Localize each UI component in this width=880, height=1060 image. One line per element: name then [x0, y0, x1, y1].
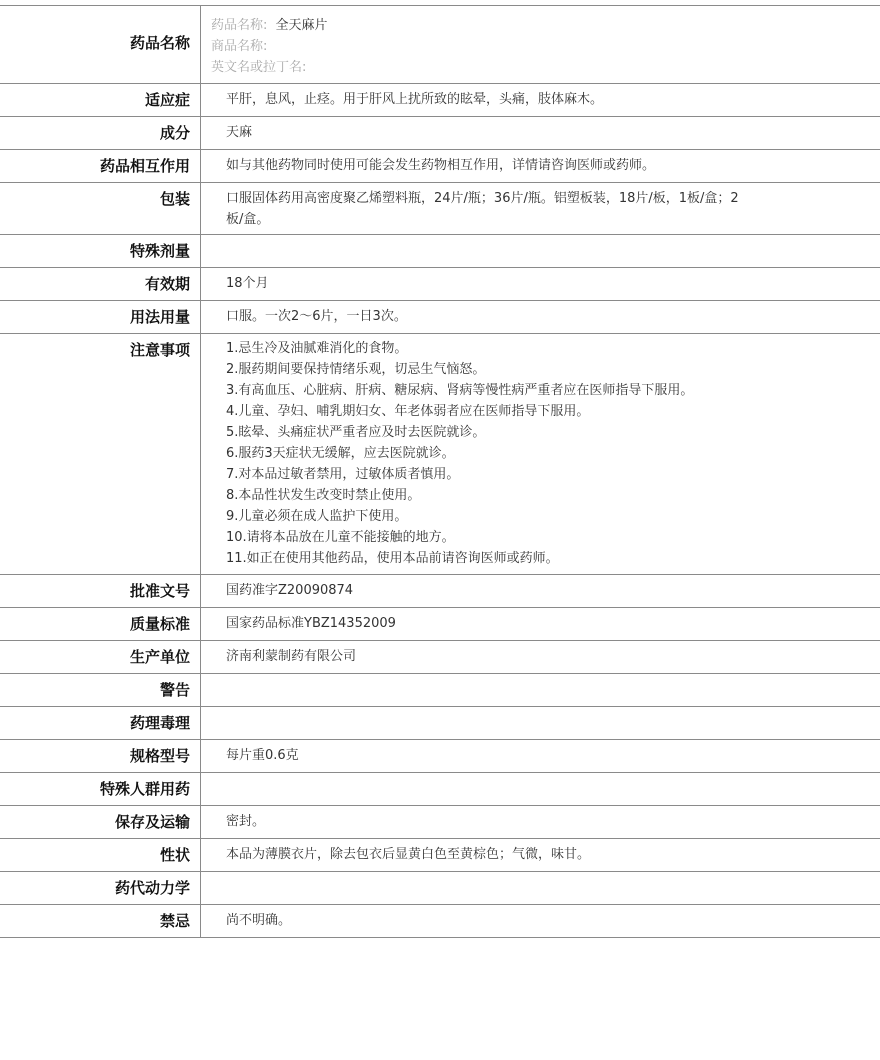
row-specification: 规格型号 每片重0.6克	[0, 740, 880, 773]
row-label: 保存及运输	[0, 806, 201, 839]
english-name-key: 英文名或拉丁名:	[211, 60, 306, 75]
trade-name-key: 商品名称:	[211, 39, 267, 54]
precaution-item: 3.有高血压、心脏病、肝病、糖尿病、肾病等慢性病严重者应在医师指导下服用。	[226, 380, 880, 401]
row-label: 生产单位	[0, 641, 201, 674]
row-label: 成分	[0, 117, 201, 150]
row-value: 本品为薄膜衣片，除去包衣后显黄白色至黄棕色；气微，味甘。	[201, 839, 880, 872]
row-pharmacology: 药理毒理	[0, 707, 880, 740]
row-label: 药理毒理	[0, 707, 201, 740]
precaution-item: 5.眩晕、头痛症状严重者应及时去医院就诊。	[226, 422, 880, 443]
row-label: 质量标准	[0, 608, 201, 641]
generic-name-line: 药品名称: 全天麻片	[211, 15, 880, 36]
row-description: 性状 本品为薄膜衣片，除去包衣后显黄白色至黄棕色；气微，味甘。	[0, 839, 880, 872]
row-label: 特殊人群用药	[0, 773, 201, 806]
row-label: 警告	[0, 674, 201, 707]
row-label: 适应症	[0, 84, 201, 117]
row-value: 口服固体药用高密度聚乙烯塑料瓶，24片/瓶；36片/瓶。铝塑板装，18片/板，1…	[201, 183, 880, 235]
generic-name-value: 全天麻片	[276, 18, 328, 33]
row-value	[201, 707, 880, 740]
precaution-item: 1.忌生冷及油腻难消化的食物。	[226, 338, 880, 359]
row-value: 每片重0.6克	[201, 740, 880, 773]
precaution-item: 2.服药期间要保持情绪乐观，切忌生气恼怒。	[226, 359, 880, 380]
row-value: 国家药品标准YBZ14352009	[201, 608, 880, 641]
row-value: 药品名称: 全天麻片 商品名称: 英文名或拉丁名:	[201, 6, 880, 84]
precaution-item: 4.儿童、孕妇、哺乳期妇女、年老体弱者应在医师指导下服用。	[226, 401, 880, 422]
row-label: 用法用量	[0, 301, 201, 334]
english-name-line: 英文名或拉丁名:	[211, 57, 880, 78]
row-ingredients: 成分 天麻	[0, 117, 880, 150]
row-warning: 警告	[0, 674, 880, 707]
generic-name-key: 药品名称:	[211, 18, 267, 33]
row-label: 批准文号	[0, 575, 201, 608]
row-interactions: 药品相互作用 如与其他药物同时使用可能会发生药物相互作用，详情请咨询医师或药师。	[0, 150, 880, 183]
precaution-item: 10.请将本品放在儿童不能接触的地方。	[226, 527, 880, 548]
precaution-item: 6.服药3天症状无缓解，应去医院就诊。	[226, 443, 880, 464]
row-shelf-life: 有效期 18个月	[0, 268, 880, 301]
row-approval-number: 批准文号 国药准字Z20090874	[0, 575, 880, 608]
row-quality-standard: 质量标准 国家药品标准YBZ14352009	[0, 608, 880, 641]
row-special-population: 特殊人群用药	[0, 773, 880, 806]
row-value: 口服。一次2～6片，一日3次。	[201, 301, 880, 334]
row-special-dosage: 特殊剂量	[0, 235, 880, 268]
row-value: 如与其他药物同时使用可能会发生药物相互作用，详情请咨询医师或药师。	[201, 150, 880, 183]
row-pharmacokinetics: 药代动力学	[0, 872, 880, 905]
row-value	[201, 674, 880, 707]
row-label: 包装	[0, 183, 201, 235]
row-value: 密封。	[201, 806, 880, 839]
row-label: 规格型号	[0, 740, 201, 773]
row-packaging: 包装 口服固体药用高密度聚乙烯塑料瓶，24片/瓶；36片/瓶。铝塑板装，18片/…	[0, 183, 880, 235]
row-value	[201, 235, 880, 268]
row-value	[201, 872, 880, 905]
row-storage: 保存及运输 密封。	[0, 806, 880, 839]
precaution-item: 9.儿童必须在成人监护下使用。	[226, 506, 880, 527]
precaution-item: 8.本品性状发生改变时禁止使用。	[226, 485, 880, 506]
row-label: 有效期	[0, 268, 201, 301]
row-label: 药品名称	[0, 6, 201, 84]
row-value: 济南利蒙制药有限公司	[201, 641, 880, 674]
row-value	[201, 773, 880, 806]
row-manufacturer: 生产单位 济南利蒙制药有限公司	[0, 641, 880, 674]
row-value: 国药准字Z20090874	[201, 575, 880, 608]
row-precautions: 注意事项 1.忌生冷及油腻难消化的食物。 2.服药期间要保持情绪乐观，切忌生气恼…	[0, 334, 880, 575]
row-label: 禁忌	[0, 905, 201, 938]
row-indications: 适应症 平肝，息风，止痉。用于肝风上扰所致的眩晕，头痛，肢体麻木。	[0, 84, 880, 117]
row-value: 天麻	[201, 117, 880, 150]
trade-name-line: 商品名称:	[211, 36, 880, 57]
row-value: 18个月	[201, 268, 880, 301]
row-value: 尚不明确。	[201, 905, 880, 938]
row-label: 注意事项	[0, 334, 201, 575]
precaution-item: 7.对本品过敏者禁用，过敏体质者慎用。	[226, 464, 880, 485]
row-contraindications: 禁忌 尚不明确。	[0, 905, 880, 938]
row-label: 特殊剂量	[0, 235, 201, 268]
row-label: 药品相互作用	[0, 150, 201, 183]
row-drug-name: 药品名称 药品名称: 全天麻片 商品名称: 英文名或拉丁名:	[0, 6, 880, 84]
precautions-list: 1.忌生冷及油腻难消化的食物。 2.服药期间要保持情绪乐观，切忌生气恼怒。 3.…	[201, 334, 880, 575]
row-usage: 用法用量 口服。一次2～6片，一日3次。	[0, 301, 880, 334]
row-label: 性状	[0, 839, 201, 872]
row-label: 药代动力学	[0, 872, 201, 905]
drug-spec-table: 药品名称 药品名称: 全天麻片 商品名称: 英文名或拉丁名: 适应症 平肝，息风…	[0, 5, 880, 938]
row-value: 平肝，息风，止痉。用于肝风上扰所致的眩晕，头痛，肢体麻木。	[201, 84, 880, 117]
precaution-item: 11.如正在使用其他药品，使用本品前请咨询医师或药师。	[226, 548, 880, 569]
